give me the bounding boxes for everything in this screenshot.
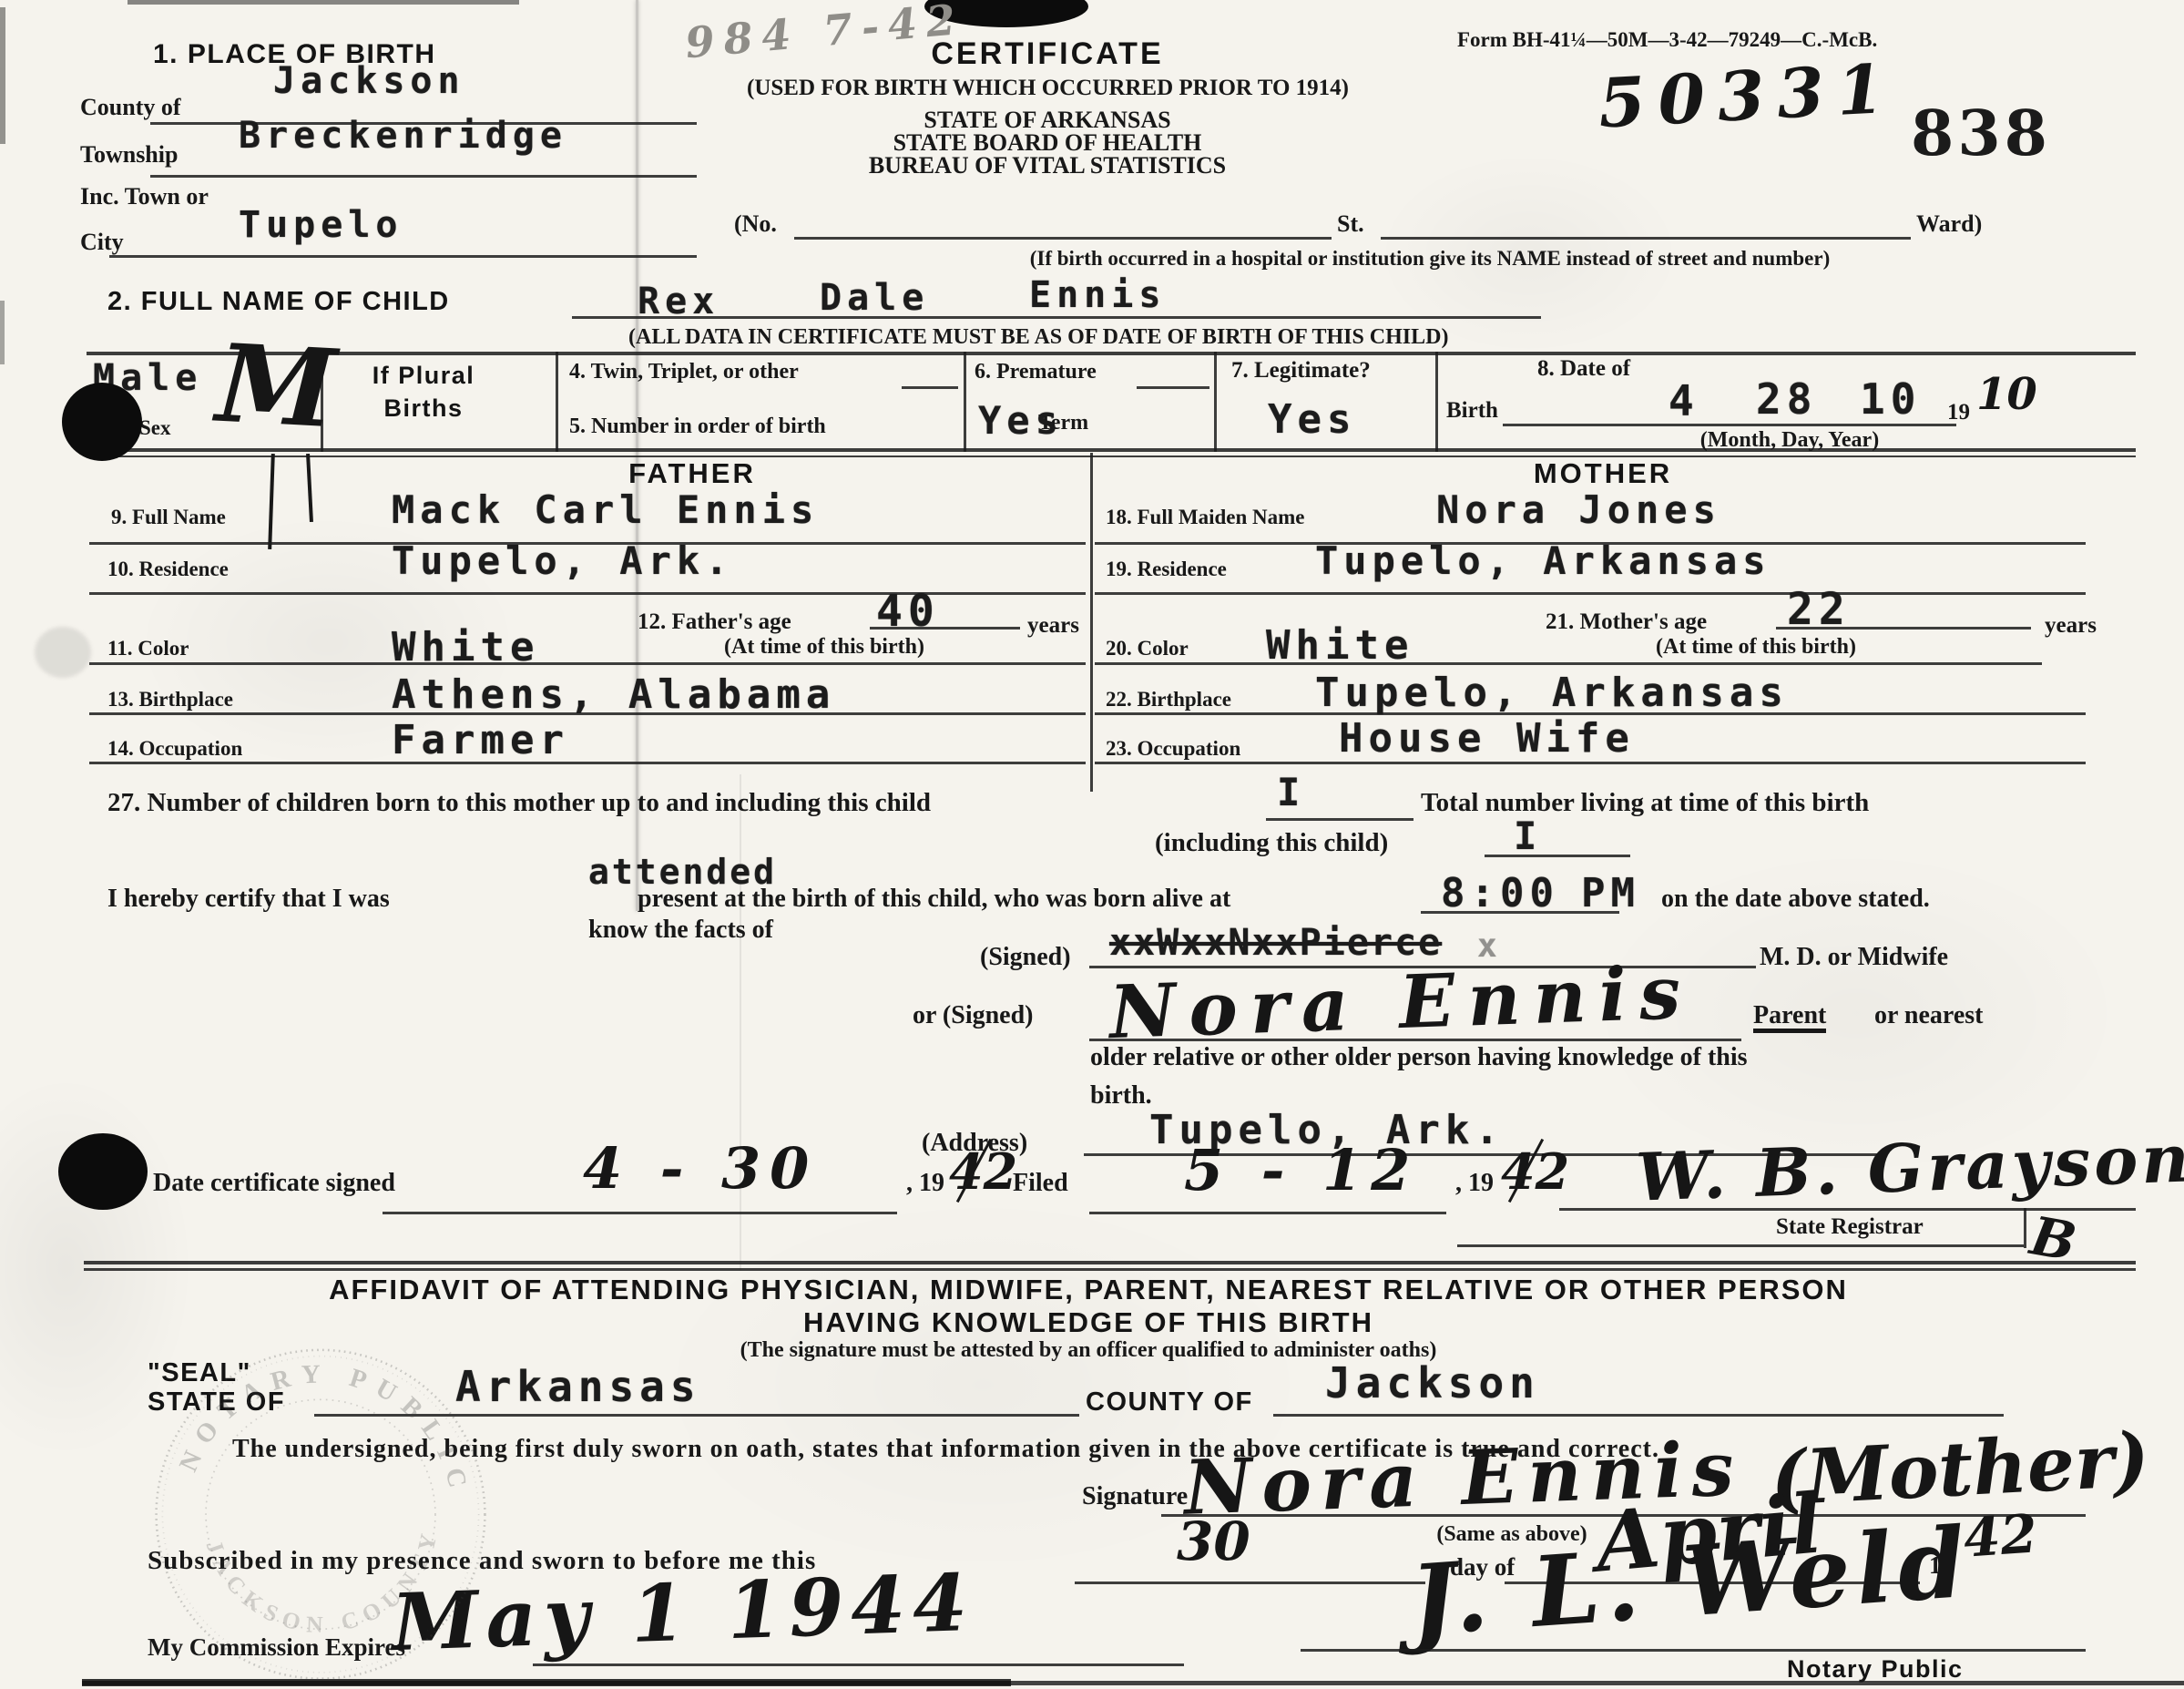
md-or-midwife-label: M. D. or Midwife xyxy=(1760,944,1948,970)
certify-text-2: present at the birth of this child, who … xyxy=(638,885,1230,912)
printed-19-b: , 19 xyxy=(1455,1170,1494,1196)
grid-bottom-border-2 xyxy=(87,456,2136,457)
child-last-name: Ennis xyxy=(1029,276,1166,314)
filed-label: Filed xyxy=(1013,1170,1068,1196)
birth-time-meridiem: PM xyxy=(1581,873,1640,915)
child-middle-name: Dale xyxy=(820,279,929,317)
mother-color-value: White xyxy=(1266,625,1413,667)
dob-printed-19: 19 xyxy=(1947,401,1970,425)
mother-birthplace-label: 22. Birthplace xyxy=(1106,689,1231,711)
twin-underline xyxy=(902,386,958,389)
stamp-number: 838 xyxy=(1911,102,2051,167)
grid-divider-4 xyxy=(1214,352,1217,452)
city-underline xyxy=(109,255,697,258)
parent-word: Parent xyxy=(1753,1002,1826,1033)
children-count-value: I xyxy=(1277,773,1305,813)
know-facts-label: know the facts of xyxy=(588,916,773,943)
dob-day: 28 xyxy=(1756,377,1817,421)
birth-word: birth. xyxy=(1090,1082,1152,1109)
mother-age-years-label: years xyxy=(2045,614,2097,638)
printed-19-a: , 19 xyxy=(906,1170,944,1196)
svg-text:JACKSON COUNTY: JACKSON COUNTY xyxy=(201,1524,444,1638)
father-birthplace-label: 13. Birthplace xyxy=(107,689,233,711)
mother-name-value: Nora Jones xyxy=(1436,490,1721,530)
dob-label-1: 8. Date of xyxy=(1537,357,1630,381)
total-living-label: Total number living at time of this birt… xyxy=(1421,789,1869,816)
birth-order-label: 5. Number in order of birth xyxy=(569,415,826,438)
premature-underline xyxy=(1137,386,1209,389)
state-registrar-signature: W. B. Grayson xyxy=(1635,1123,2184,1212)
sex-handwritten-m: M xyxy=(214,327,339,446)
mother-name-label: 18. Full Maiden Name xyxy=(1106,507,1305,528)
form-number: Form BH-41¼—50M—3-42—79249—C.-McB. xyxy=(1457,29,1877,51)
township-underline xyxy=(150,175,697,178)
nearest-words: or nearest xyxy=(1874,1002,1984,1029)
signed-label: (Signed) xyxy=(980,944,1071,970)
affiant-signature-suffix: (Mother) xyxy=(1769,1420,2151,1519)
father-residence-label: 10. Residence xyxy=(107,558,229,580)
certify-text-3: on the date above stated. xyxy=(1661,885,1930,912)
certify-text-1: I hereby certify that I was xyxy=(107,885,390,912)
grid-divider-3 xyxy=(964,352,966,452)
county-of-value: Jackson xyxy=(1325,1361,1540,1405)
filed-underline xyxy=(1089,1212,1446,1214)
dob-underline xyxy=(1503,424,1956,426)
hospital-note: (If birth occurred in a hospital or inst… xyxy=(874,248,1985,270)
section-divider-1 xyxy=(84,1261,2136,1264)
no-underline xyxy=(794,237,1332,240)
legitimate-value: Yes xyxy=(1268,399,1356,441)
dob-month: 4 xyxy=(1669,379,1699,423)
or-signed-underline xyxy=(1089,1039,1741,1041)
ink-blot-sex-cell xyxy=(62,383,142,461)
svg-text:NOTARY PUBLIC: NOTARY PUBLIC xyxy=(174,1359,475,1500)
father-age-underline xyxy=(870,627,1020,630)
commission-underline xyxy=(533,1663,1184,1666)
signed-struck-name: xxWxxNxxPierce xyxy=(1109,924,1442,962)
dob-year: 10 xyxy=(1860,377,1921,421)
seal-text-bottom: JACKSON COUNTY xyxy=(201,1524,444,1638)
bureau-line: BUREAU OF VITAL STATISTICS xyxy=(847,153,1248,178)
inc-town-label: Inc. Town or xyxy=(80,184,209,209)
ward-label: Ward) xyxy=(1916,211,1982,236)
st-underline xyxy=(1381,237,1911,240)
children-count-underline xyxy=(1266,818,1413,821)
county-of-underline xyxy=(1273,1414,2004,1417)
county-label: County of xyxy=(80,95,181,119)
plural-births-label-2: Births xyxy=(342,395,505,421)
children-number-label: 27. Number of children born to this moth… xyxy=(107,789,931,816)
mother-occupation-value: House Wife xyxy=(1339,718,1635,760)
father-color-underline xyxy=(89,662,1086,665)
section-divider-2 xyxy=(84,1268,2136,1271)
mother-header: MOTHER xyxy=(1421,459,1785,489)
mother-age-underline xyxy=(1776,627,2031,630)
living-count-value: I xyxy=(1514,816,1542,856)
notary-underline xyxy=(1301,1649,2086,1652)
city-label: City xyxy=(80,230,124,254)
year-c-value: 42 xyxy=(1962,1506,2039,1566)
mother-age-label: 21. Mother's age xyxy=(1546,610,1707,634)
grid-divider-2 xyxy=(556,352,558,452)
mother-occupation-underline xyxy=(1095,762,2086,764)
birth-certificate-document: 1. PLACE OF BIRTH County of Jackson Town… xyxy=(0,0,2184,1689)
living-count-underline xyxy=(1485,855,1630,857)
city-value: Tupelo xyxy=(239,206,403,244)
father-residence-value: Tupelo, Ark. xyxy=(392,541,733,581)
date-signed-label: Date certificate signed xyxy=(153,1170,395,1196)
ink-blot-date-row xyxy=(58,1133,148,1210)
relative-line: older relative or other older person hav… xyxy=(1090,1044,1748,1070)
scan-smudge-left xyxy=(35,627,91,678)
certificate-subtitle: (USED FOR BIRTH WHICH OCCURRED PRIOR TO … xyxy=(747,77,1348,100)
father-age-note: (At time of this birth) xyxy=(724,636,924,659)
child-first-name: Rex xyxy=(638,282,719,321)
filed-date-value: 5 - 12 xyxy=(1184,1141,1419,1200)
notary-public-label: Notary Public xyxy=(1787,1656,1964,1682)
pen-stroke-descender xyxy=(268,454,275,549)
signature-label: Signature xyxy=(1082,1483,1188,1510)
subscribed-day-value: 30 xyxy=(1177,1514,1250,1570)
father-occupation-label: 14. Occupation xyxy=(107,738,242,760)
legitimate-label: 7. Legitimate? xyxy=(1231,359,1371,383)
county-of-label: COUNTY OF xyxy=(1086,1388,1253,1416)
dob-label-2: Birth xyxy=(1446,399,1498,423)
grid-divider-5 xyxy=(1435,352,1438,452)
mother-birthplace-value: Tupelo, Arkansas xyxy=(1315,672,1789,714)
dob-note: (Month, Day, Year) xyxy=(1635,429,1944,452)
father-name-label: 9. Full Name xyxy=(111,507,226,528)
mother-residence-value: Tupelo, Arkansas xyxy=(1315,541,1771,581)
birth-time-value: 8:00 xyxy=(1441,873,1559,915)
date-signed-value: 4 - 30 xyxy=(583,1139,818,1198)
scan-edge-left xyxy=(0,7,5,144)
subscribed-day-underline xyxy=(1075,1582,1425,1584)
mother-occupation-label: 23. Occupation xyxy=(1106,738,1240,760)
father-birthplace-value: Athens, Alabama xyxy=(392,674,835,716)
twin-label: 4. Twin, Triplet, or other xyxy=(569,361,799,384)
grid-top-border xyxy=(87,352,2136,355)
registrar-box-bottom xyxy=(1457,1244,2024,1247)
mother-color-label: 20. Color xyxy=(1106,638,1189,660)
father-occupation-underline xyxy=(89,762,1086,764)
notary-seal-stamp: NOTARY PUBLIC JACKSON COUNTY xyxy=(102,1328,539,1689)
date-signed-underline xyxy=(383,1212,897,1214)
scan-edge-top xyxy=(128,0,519,5)
father-name-value: Mack Carl Ennis xyxy=(392,490,819,530)
child-name-underline xyxy=(572,316,1541,319)
affidavit-title-1: AFFIDAVIT OF ATTENDING PHYSICIAN, MIDWIF… xyxy=(132,1275,2045,1305)
township-value: Breckenridge xyxy=(239,117,567,155)
mother-age-note: (At time of this birth) xyxy=(1656,636,1856,659)
parent-column-divider xyxy=(1090,453,1093,792)
premature-value: Yes xyxy=(978,401,1064,441)
father-occupation-value: Farmer xyxy=(392,720,569,762)
mother-color-underline xyxy=(1095,662,2042,665)
father-color-label: 11. Color xyxy=(107,638,189,660)
seal-text-top: NOTARY PUBLIC xyxy=(174,1359,475,1500)
plural-births-label-1: If Plural xyxy=(342,363,505,388)
child-name-label: 2. FULL NAME OF CHILD xyxy=(107,288,450,315)
scan-edge-left-2 xyxy=(0,301,5,364)
mother-residence-label: 19. Residence xyxy=(1106,558,1227,580)
or-signed-signature: Nora Ennis xyxy=(1108,954,1695,1050)
father-age-label: 12. Father's age xyxy=(638,610,791,634)
dob-year-handwritten: 10 xyxy=(1976,372,2037,417)
st-label: St. xyxy=(1337,211,1364,236)
premature-label: 6. Premature xyxy=(975,361,1097,384)
or-signed-label: or (Signed) xyxy=(913,1002,1034,1029)
mother-age-value: 22 xyxy=(1787,587,1851,632)
all-data-note: (ALL DATA IN CERTIFICATE MUST BE AS OF D… xyxy=(628,326,1448,349)
father-age-years-label: years xyxy=(1027,614,1079,638)
registration-number-handwritten: 50331 xyxy=(1597,54,1898,140)
county-value: Jackson xyxy=(273,62,465,100)
no-label: (No. xyxy=(734,211,777,236)
mother-residence-underline xyxy=(1095,592,2086,595)
registrar-box-right xyxy=(2024,1208,2026,1248)
including-child-label: (including this child) xyxy=(1155,829,1388,856)
township-label: Township xyxy=(80,142,178,167)
state-registrar-label: State Registrar xyxy=(1776,1215,1924,1239)
father-birthplace-underline xyxy=(89,712,1086,715)
father-header: FATHER xyxy=(510,459,874,489)
pen-stroke-descender-2 xyxy=(306,454,313,522)
